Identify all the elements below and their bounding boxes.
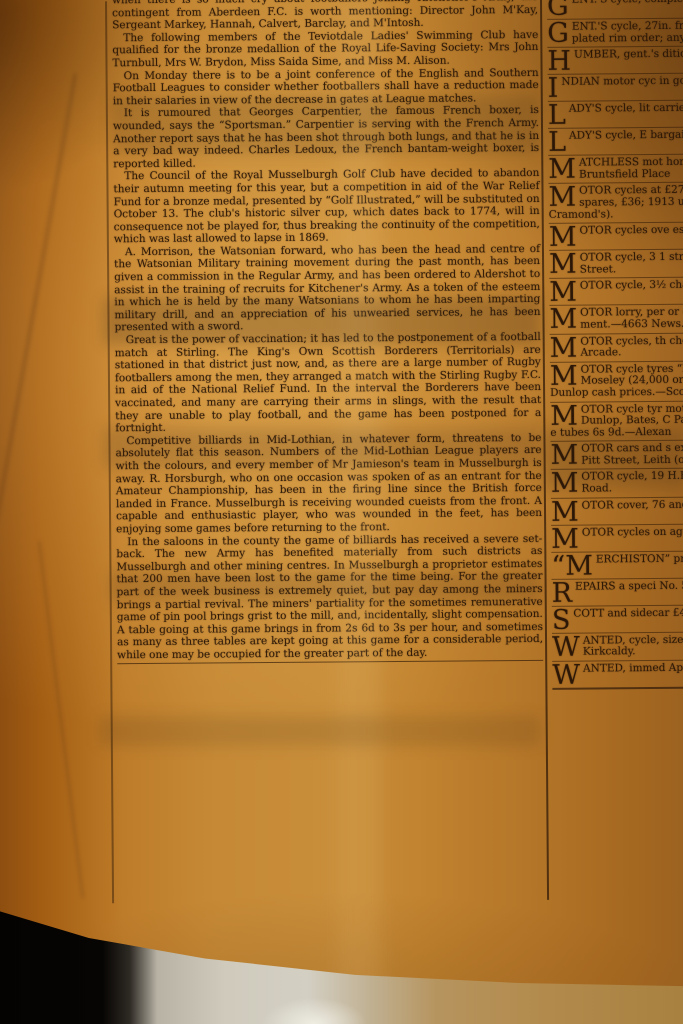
ad-text: OTOR cycle, 3½ change 2 stroke (580, 279, 683, 292)
ad-initial: M (549, 253, 580, 275)
news-paragraph: Great is the power of vaccination; it ha… (115, 331, 542, 435)
classifieds-column: GENT.'S cycle, complete, 4s.—GENT.'S cyc… (547, 0, 683, 690)
ad-initial: G (547, 22, 572, 44)
classified-ad: LADY'S cycle, lit carrier; make top. (548, 100, 683, 129)
classified-ad: MATCHLESS mot horn; owner in 10 Bruntsfi… (548, 154, 683, 184)
ad-text: COTT and sidecar £43, or offer.—C (573, 606, 683, 619)
ad-text: UMBER, gent.'s dition; £4.—10 (574, 48, 683, 61)
classified-ad: MOTOR cycle tyres “Dreadnought,” Moseley… (550, 361, 683, 403)
ad-text: ERCHISTON” prices £5 10s. (596, 552, 683, 565)
ad-initial: M (551, 500, 582, 522)
news-paragraph: On Monday there is to be a joint confere… (113, 66, 539, 107)
ad-initial: M (549, 226, 580, 248)
ad-initial: M (551, 527, 582, 549)
classified-ad: GENT.'S cycle, complete, 4s.— (547, 0, 683, 20)
ad-text: ENT.'S cycle, 27in. frame, gear case, pl… (572, 19, 683, 44)
ad-initial: G (547, 0, 572, 17)
classified-ad: HUMBER, gent.'s dition; £4.—10 (547, 46, 683, 75)
news-paragraph: Competitive billiards in Mid-Lothian, in… (115, 432, 542, 536)
news-paragraph: The following members of the Teviotdale … (112, 29, 538, 70)
ad-text: OTOR cycle, 19 H.B.C.; exchang Road. (581, 470, 683, 495)
ad-initial: M (550, 404, 581, 426)
ad-initial: H (547, 50, 574, 72)
ad-initial: L (548, 104, 569, 126)
classified-ad: “MERCHISTON” prices £5 10s. (551, 551, 683, 580)
ad-initial: M (551, 472, 582, 494)
ad-initial: R (552, 581, 576, 603)
ad-initial: M (549, 308, 580, 330)
ad-initial: W (552, 635, 583, 657)
classified-ad: MOTOR cycles, th cheap; trade su Arcade. (550, 333, 683, 363)
ad-initial: S (552, 608, 574, 630)
main-column: when there is so much cry about football… (112, 0, 543, 665)
ad-text: ANTED, cycle, size and make, Kirkcaldy. (583, 633, 683, 658)
ad-initial: W (552, 663, 583, 685)
classified-ad: MOTOR cycles on agents, 12 Colle (551, 524, 683, 553)
ad-text: ENT.'S cycle, complete, 4s.— (572, 0, 683, 6)
ad-text: ADY'S cycle, lit carrier; make top. (569, 101, 683, 114)
newspaper-photo: when there is so much cry about football… (0, 0, 683, 1024)
news-paragraph: In the saloons in the county the game of… (116, 532, 543, 664)
news-paragraph: The Council of the Royal Musselburgh Gol… (113, 167, 540, 246)
classified-ad: WANTED, cycle, size and make, Kirkcaldy. (552, 632, 683, 662)
classified-ad: MOTOR cover, 76 and price.—8419 (551, 497, 683, 526)
ad-initial: M (548, 186, 579, 208)
news-paragraph: when there is so much cry about football… (112, 0, 538, 32)
ad-initial: “M (551, 554, 596, 576)
ad-initial: M (550, 364, 581, 386)
ad-text: NDIAN motor cyc in good order.—8 (561, 74, 683, 87)
ad-initial: L (548, 131, 569, 153)
ad-initial: M (548, 158, 579, 180)
classified-ad: MOTOR cars and s executed by Wa Pitt Str… (550, 440, 683, 470)
ad-initial: M (550, 444, 581, 466)
classified-ad: MOTOR cycles ove estimates given (549, 222, 683, 251)
ad-text: OTOR cars and s executed by Wa Pitt Stre… (581, 441, 683, 466)
classified-ad: LADY'S cycle, E bargain.—45 D (548, 127, 683, 156)
classified-ad: MOTOR cycles at £27; Douglas, spares, £3… (548, 182, 683, 224)
ad-initial: M (549, 281, 580, 303)
ad-text: ADY'S cycle, E bargain.—45 D (569, 129, 683, 142)
page-content: when there is so much cry about football… (0, 0, 683, 1024)
ad-text: ANTED, immed Apply 6364 Ne (583, 661, 683, 674)
classified-ad: INDIAN motor cyc in good order.—8 (548, 73, 683, 102)
classified-ad: WANTED, immed Apply 6364 Ne (552, 660, 683, 690)
classified-ad: MOTOR lorry, per or exchange ligh ment.—… (549, 304, 683, 334)
news-paragraph: A. Morrison, the Watsonian forward, who … (114, 243, 541, 334)
ad-initial: I (548, 77, 562, 99)
classified-ad: MOTOR cycle tyr motor cycle ty Dunlop, B… (550, 401, 683, 443)
ad-text: OTOR cover, 76 and price.—8419 (582, 498, 683, 511)
news-paragraph: It is rumoured that Georges Carpentier, … (113, 104, 539, 170)
classified-ad: MOTOR cycle, 3½ change 2 stroke (549, 277, 683, 306)
ad-initial: M (550, 336, 581, 358)
ad-text: OTOR cycles ove estimates given (579, 223, 683, 236)
ad-text: ATCHLESS mot horn; owner in 10 Bruntsfie… (579, 155, 683, 180)
classified-ad: MOTOR cycle, 3 1 strong compress Street. (549, 249, 683, 279)
classified-ad: REPAIRS a speci No. 5670.—Th (552, 578, 683, 607)
ad-text: OTOR cycle, 3 1 strong compress Street. (580, 250, 683, 275)
ad-text: OTOR cycles on agents, 12 Colle (582, 525, 683, 538)
classified-ad: GENT.'S cycle, 27in. frame, gear case, p… (547, 18, 683, 48)
paper-sheet: when there is so much cry about football… (0, 0, 683, 1024)
ad-text: OTOR lorry, per or exchange ligh ment.—4… (580, 306, 683, 331)
classified-ad: SCOTT and sidecar £43, or offer.—C (552, 605, 683, 634)
ad-text: OTOR cycles, th cheap; trade su Arcade. (580, 334, 683, 359)
classified-ad: MOTOR cycle, 19 H.B.C.; exchang Road. (551, 469, 683, 499)
ad-text: EPAIRS a speci No. 5670.—Th (575, 579, 683, 592)
